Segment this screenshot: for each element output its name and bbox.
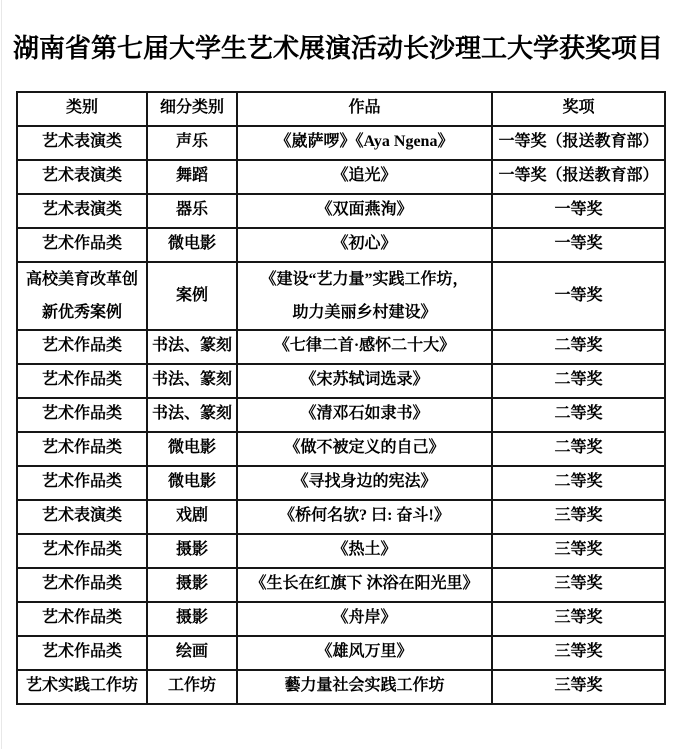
cell-category: 艺术作品类 xyxy=(17,398,147,432)
cell-work: 《宋苏轼词选录》 xyxy=(237,364,492,398)
table-row: 艺术表演类器乐《双面燕洵》一等奖 xyxy=(17,194,665,228)
table-row: 艺术作品类摄影《热土》三等奖 xyxy=(17,534,665,568)
cell-work: 《崴萨啰》《Aya Ngena》 xyxy=(237,126,492,160)
table-row: 艺术作品类书法、篆刻《宋苏轼词选录》二等奖 xyxy=(17,364,665,398)
table-row: 艺术作品类书法、篆刻《七律二首·感怀二十大》二等奖 xyxy=(17,330,665,364)
table-header-row: 类别细分类别作品奖项 xyxy=(17,92,665,126)
cell-award: 一等奖 xyxy=(492,194,665,228)
cell-subcategory: 微电影 xyxy=(147,228,237,262)
cell-work: 《桥何名欤? 曰: 奋斗!》 xyxy=(237,500,492,534)
cell-award: 三等奖 xyxy=(492,568,665,602)
cell-category: 艺术表演类 xyxy=(17,126,147,160)
cell-award: 一等奖（报送教育部） xyxy=(492,126,665,160)
cell-award: 三等奖 xyxy=(492,636,665,670)
cell-award: 一等奖（报送教育部） xyxy=(492,160,665,194)
cell-subcategory: 工作坊 xyxy=(147,670,237,704)
cell-subcategory: 摄影 xyxy=(147,568,237,602)
table-row: 艺术作品类书法、篆刻《清邓石如隶书》二等奖 xyxy=(17,398,665,432)
cell-category: 高校美育改革创 新优秀案例 xyxy=(17,262,147,330)
cell-award: 三等奖 xyxy=(492,670,665,704)
cell-category: 艺术作品类 xyxy=(17,534,147,568)
cell-award: 一等奖 xyxy=(492,228,665,262)
cell-category: 艺术作品类 xyxy=(17,364,147,398)
cell-work: 藝力量社会实践工作坊 xyxy=(237,670,492,704)
cell-award: 三等奖 xyxy=(492,602,665,636)
cell-work: 《初心》 xyxy=(237,228,492,262)
table-row: 艺术作品类摄影《舟岸》三等奖 xyxy=(17,602,665,636)
cell-category: 艺术表演类 xyxy=(17,500,147,534)
page-title: 湖南省第七届大学生艺术展演活动长沙理工大学获奖项目 xyxy=(6,34,670,64)
table-row: 艺术实践工作坊工作坊藝力量社会实践工作坊三等奖 xyxy=(17,670,665,704)
table-row: 艺术作品类绘画《雄风万里》三等奖 xyxy=(17,636,665,670)
cell-work: 《清邓石如隶书》 xyxy=(237,398,492,432)
cell-award: 二等奖 xyxy=(492,364,665,398)
header-cell-award: 奖项 xyxy=(492,92,665,126)
header-cell-category: 类别 xyxy=(17,92,147,126)
cell-work: 《追光》 xyxy=(237,160,492,194)
cell-work: 《雄风万里》 xyxy=(237,636,492,670)
awards-table-body: 艺术表演类声乐《崴萨啰》《Aya Ngena》一等奖（报送教育部）艺术表演类舞蹈… xyxy=(17,126,665,704)
cell-category: 艺术表演类 xyxy=(17,160,147,194)
cell-award: 二等奖 xyxy=(492,330,665,364)
table-row: 艺术表演类舞蹈《追光》一等奖（报送教育部） xyxy=(17,160,665,194)
cell-work: 《建设“艺力量”实践工作坊， 助力美丽乡村建设》 xyxy=(237,262,492,330)
cell-award: 二等奖 xyxy=(492,398,665,432)
cell-award: 二等奖 xyxy=(492,466,665,500)
cell-work: 《热土》 xyxy=(237,534,492,568)
cell-work: 《做不被定义的自己》 xyxy=(237,432,492,466)
cell-subcategory: 书法、篆刻 xyxy=(147,398,237,432)
cell-category: 艺术作品类 xyxy=(17,228,147,262)
table-row: 艺术作品类摄影《生长在红旗下 沐浴在阳光里》三等奖 xyxy=(17,568,665,602)
cell-subcategory: 绘画 xyxy=(147,636,237,670)
cell-subcategory: 书法、篆刻 xyxy=(147,364,237,398)
header-cell-subcategory: 细分类别 xyxy=(147,92,237,126)
cell-category: 艺术作品类 xyxy=(17,636,147,670)
cell-subcategory: 戏剧 xyxy=(147,500,237,534)
cell-subcategory: 微电影 xyxy=(147,432,237,466)
cell-category: 艺术作品类 xyxy=(17,466,147,500)
cell-award: 二等奖 xyxy=(492,432,665,466)
cell-work: 《双面燕洵》 xyxy=(237,194,492,228)
cell-work: 《生长在红旗下 沐浴在阳光里》 xyxy=(237,568,492,602)
cell-award: 三等奖 xyxy=(492,534,665,568)
cell-category: 艺术作品类 xyxy=(17,330,147,364)
cell-subcategory: 舞蹈 xyxy=(147,160,237,194)
cell-subcategory: 摄影 xyxy=(147,602,237,636)
cell-work: 《寻找身边的宪法》 xyxy=(237,466,492,500)
awards-table: 类别细分类别作品奖项 艺术表演类声乐《崴萨啰》《Aya Ngena》一等奖（报送… xyxy=(16,91,666,705)
cell-subcategory: 书法、篆刻 xyxy=(147,330,237,364)
cell-category: 艺术表演类 xyxy=(17,194,147,228)
cell-subcategory: 器乐 xyxy=(147,194,237,228)
table-row: 艺术表演类声乐《崴萨啰》《Aya Ngena》一等奖（报送教育部） xyxy=(17,126,665,160)
cell-category: 艺术实践工作坊 xyxy=(17,670,147,704)
cell-subcategory: 微电影 xyxy=(147,466,237,500)
cell-subcategory: 案例 xyxy=(147,262,237,330)
cell-category: 艺术作品类 xyxy=(17,602,147,636)
cell-award: 一等奖 xyxy=(492,262,665,330)
table-row: 艺术作品类微电影《寻找身边的宪法》二等奖 xyxy=(17,466,665,500)
page-edge-line xyxy=(1,0,2,749)
cell-category: 艺术作品类 xyxy=(17,432,147,466)
table-row: 艺术表演类戏剧《桥何名欤? 曰: 奋斗!》三等奖 xyxy=(17,500,665,534)
cell-subcategory: 摄影 xyxy=(147,534,237,568)
table-row: 艺术作品类微电影《做不被定义的自己》二等奖 xyxy=(17,432,665,466)
table-row: 艺术作品类微电影《初心》一等奖 xyxy=(17,228,665,262)
cell-award: 三等奖 xyxy=(492,500,665,534)
cell-subcategory: 声乐 xyxy=(147,126,237,160)
header-cell-work: 作品 xyxy=(237,92,492,126)
table-row: 高校美育改革创 新优秀案例案例《建设“艺力量”实践工作坊， 助力美丽乡村建设》一… xyxy=(17,262,665,330)
cell-work: 《七律二首·感怀二十大》 xyxy=(237,330,492,364)
cell-category: 艺术作品类 xyxy=(17,568,147,602)
cell-work: 《舟岸》 xyxy=(237,602,492,636)
